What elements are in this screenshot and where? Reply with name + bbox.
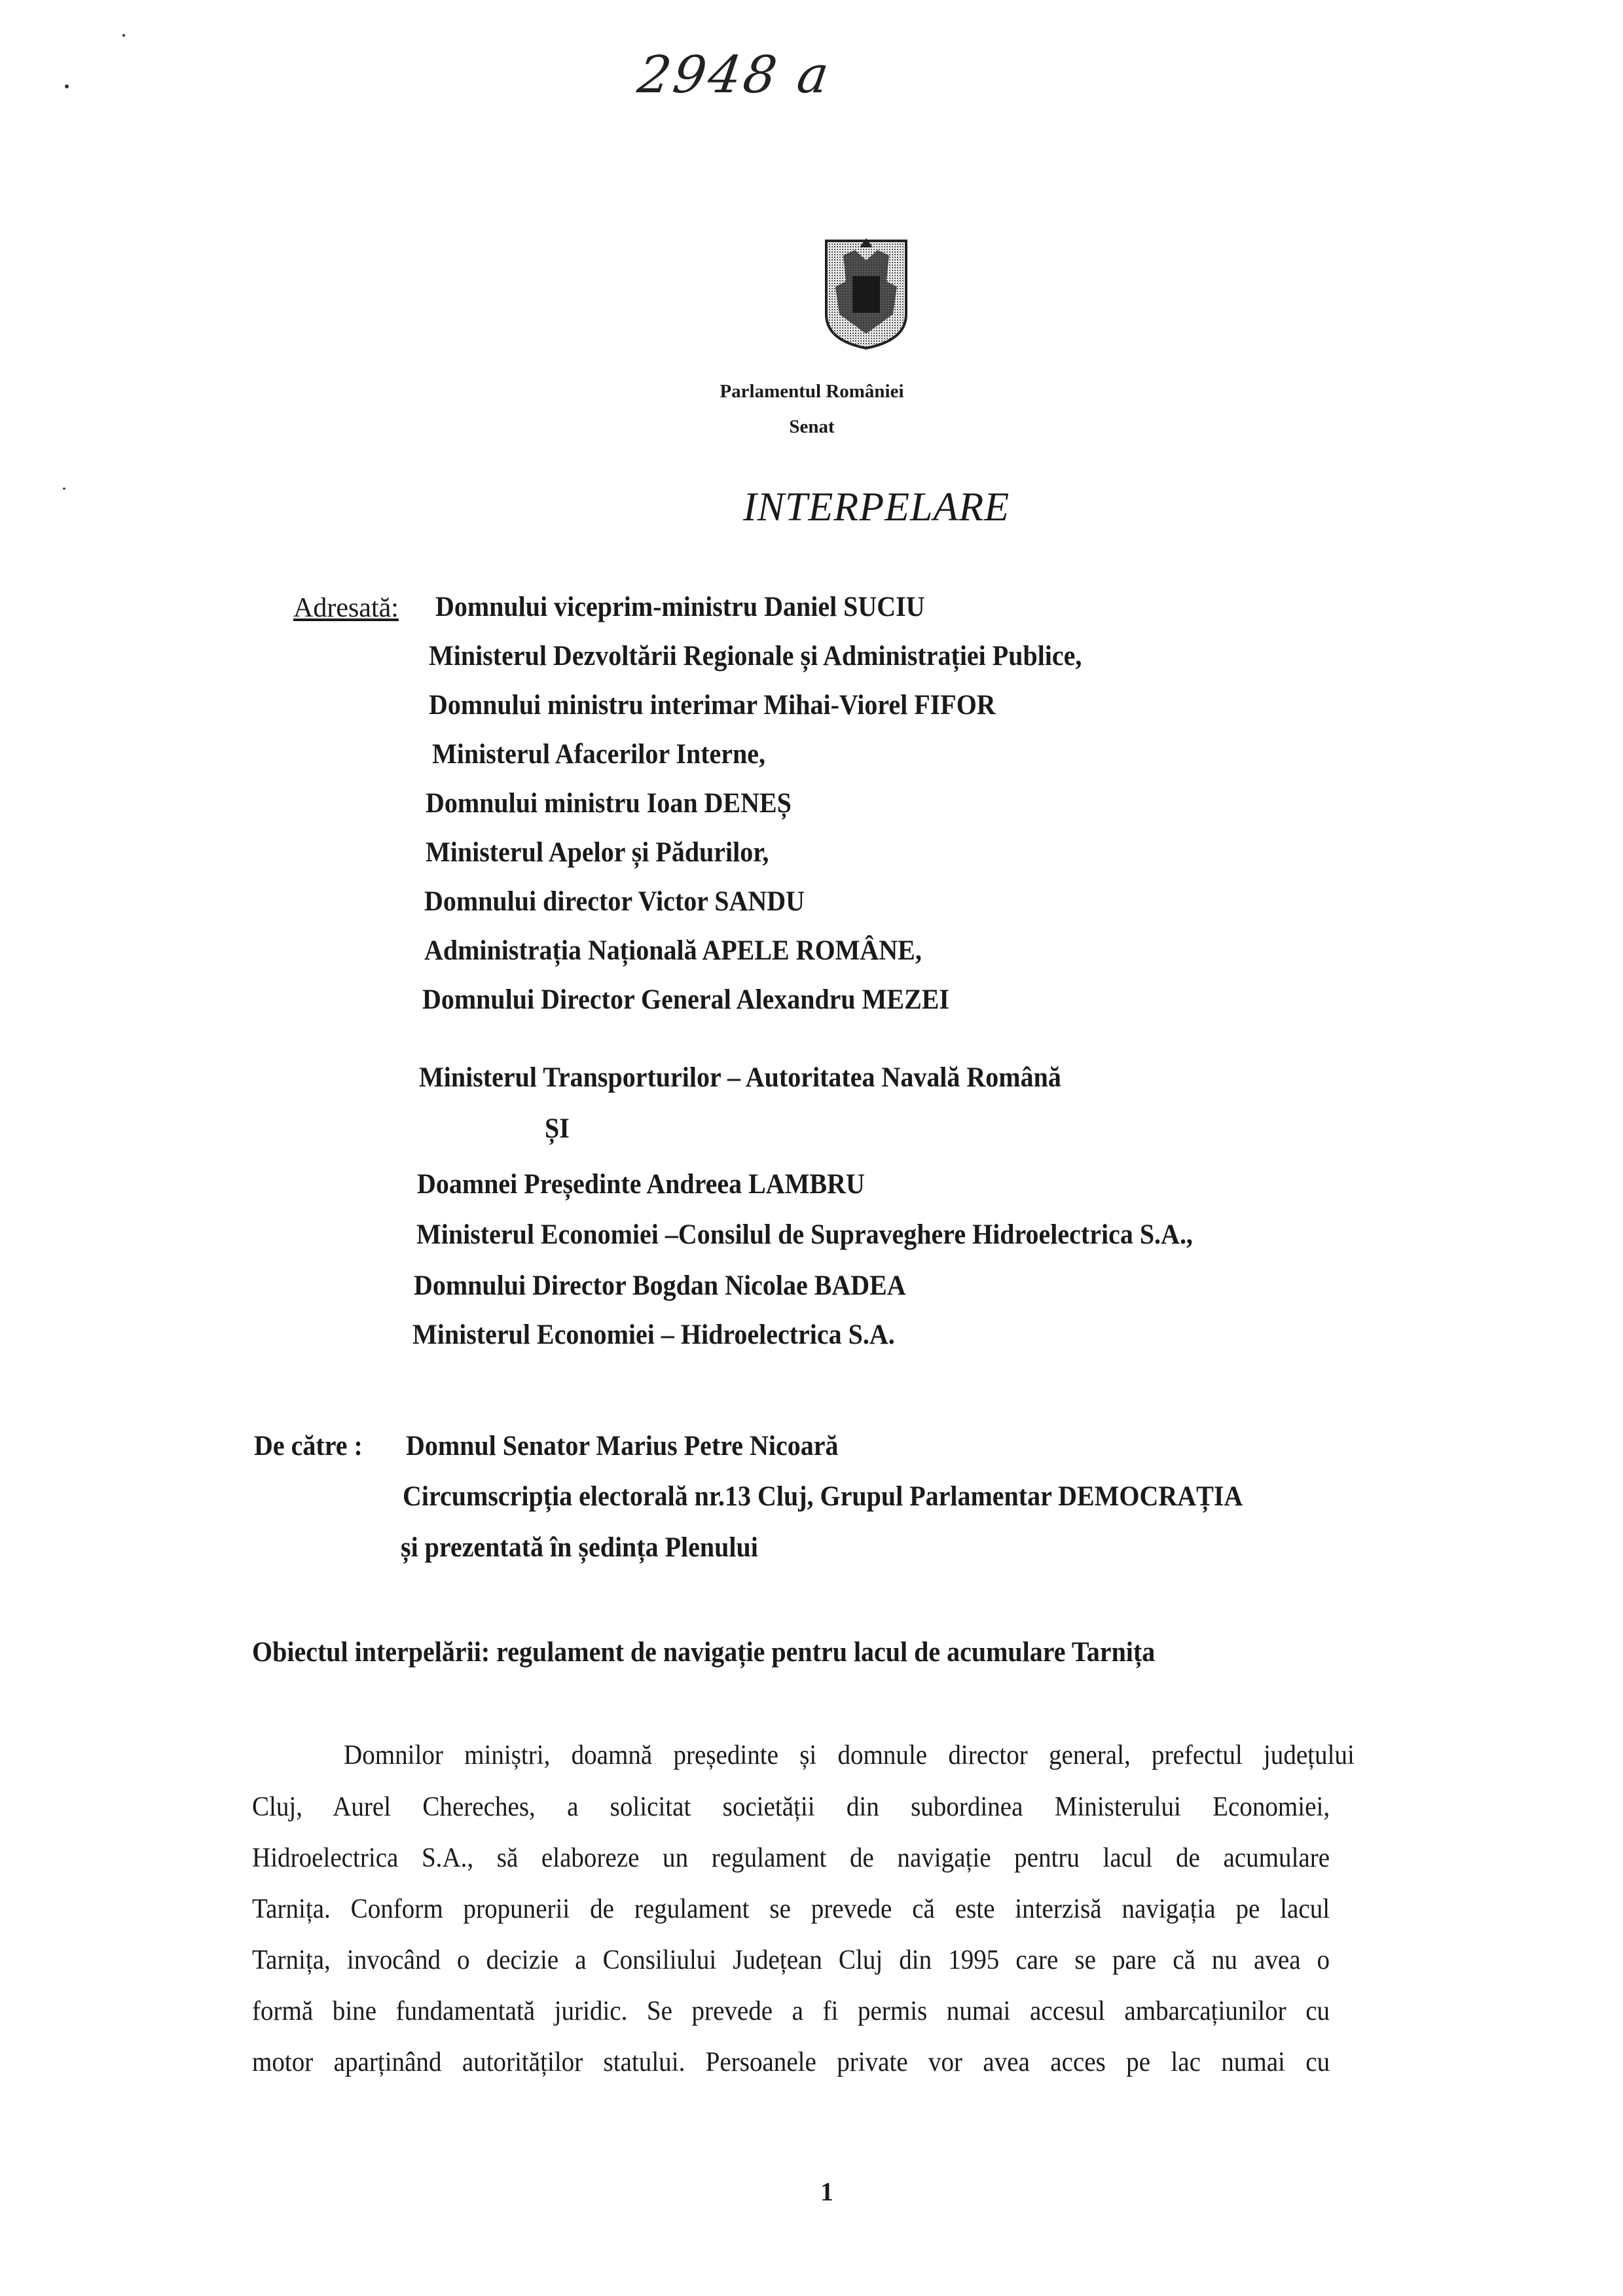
body-line: Tarnița. Conform propunerii de regulamen… [252,1893,1330,1925]
recipient-line: Ministerul Afacerilor Interne, [432,738,765,770]
body-line: Hidroelectrica S.A., să elaboreze un reg… [252,1842,1330,1874]
recipient-line: Domnului Director General Alexandru MEZE… [422,984,949,1016]
coat-of-arms-icon [824,236,909,352]
body-line-text: motor aparținând autorităților statului.… [252,2047,1330,2078]
body-line: Cluj, Aurel Chereches, a solicitat socie… [252,1791,1330,1823]
recipient-line: Ministerul Apelor și Pădurilor, [426,836,769,869]
handwritten-registration-number: 2948 a [634,46,835,105]
body-line: motor aparținând autorităților statului.… [252,2047,1330,2078]
recipient-line: Ministerul Transporturilor – Autoritatea… [419,1062,1061,1094]
subject-text: regulament de navigație pentru lacul de … [496,1637,1155,1668]
recipient-line: Domnului ministru interimar Mihai-Viorel… [429,689,996,721]
chamber-name: Senat [681,416,943,438]
recipient-line: Domnului Director Bogdan Nicolae BADEA [414,1270,906,1302]
body-line-text: formă bine fundamentată juridic. Se prev… [252,1996,1330,2027]
subject-line: Obiectul interpelării: regulament de nav… [252,1636,1155,1668]
sender-constituency: Circumscripția electorală nr.13 Cluj, Gr… [403,1480,1243,1513]
scan-speck [122,34,125,37]
recipient-line: Ministerul Economiei – Hidroelectrica S.… [412,1319,895,1351]
institution-name: Parlamentul României [681,381,943,403]
scan-speck [63,488,65,490]
subject-label: Obiectul interpelării: [252,1637,490,1668]
body-line-text: Tarnița. Conform propunerii de regulamen… [252,1893,1330,1925]
body-line: Tarnița, invocând o decizie a Consiliulu… [252,1945,1330,1976]
from-label: De către : [254,1430,363,1462]
body-line: formă bine fundamentată juridic. Se prev… [252,1996,1330,2027]
recipient-line: Ministerul Economiei –Consilul de Suprav… [416,1219,1193,1251]
recipient-line: Domnului ministru Ioan DENEȘ [426,787,792,819]
recipient-line: Doamnei Președinte Andreea LAMBRU [417,1168,865,1200]
body-line-text: Domnilor miniștri, doamnă președinte și … [344,1740,1355,1771]
body-line-text: Tarnița, invocând o decizie a Consiliulu… [252,1945,1330,1976]
body-line-text: Hidroelectrica S.A., să elaboreze un reg… [252,1842,1330,1874]
body-line-text: Cluj, Aurel Chereches, a solicitat socie… [252,1791,1330,1823]
page-number: 1 [820,2176,833,2207]
conjunction-and: ȘI [545,1113,570,1145]
document-title: INTERPELARE [743,484,1010,531]
sender-name: Domnul Senator Marius Petre Nicoară [406,1430,838,1462]
addressed-label: Adresată: [293,592,399,624]
body-line: Domnilor miniștri, doamnă președinte și … [344,1740,1355,1771]
sender-presentation: și prezentată în ședința Plenului [401,1532,758,1564]
recipient-line: Domnului director Victor SANDU [424,886,805,918]
scan-speck [65,84,69,88]
recipient-line: Domnului viceprim-ministru Daniel SUCIU [435,591,925,623]
recipient-line: Administrația Națională APELE ROMÂNE, [424,935,922,967]
recipient-line: Ministerul Dezvoltării Regionale și Admi… [429,640,1082,672]
